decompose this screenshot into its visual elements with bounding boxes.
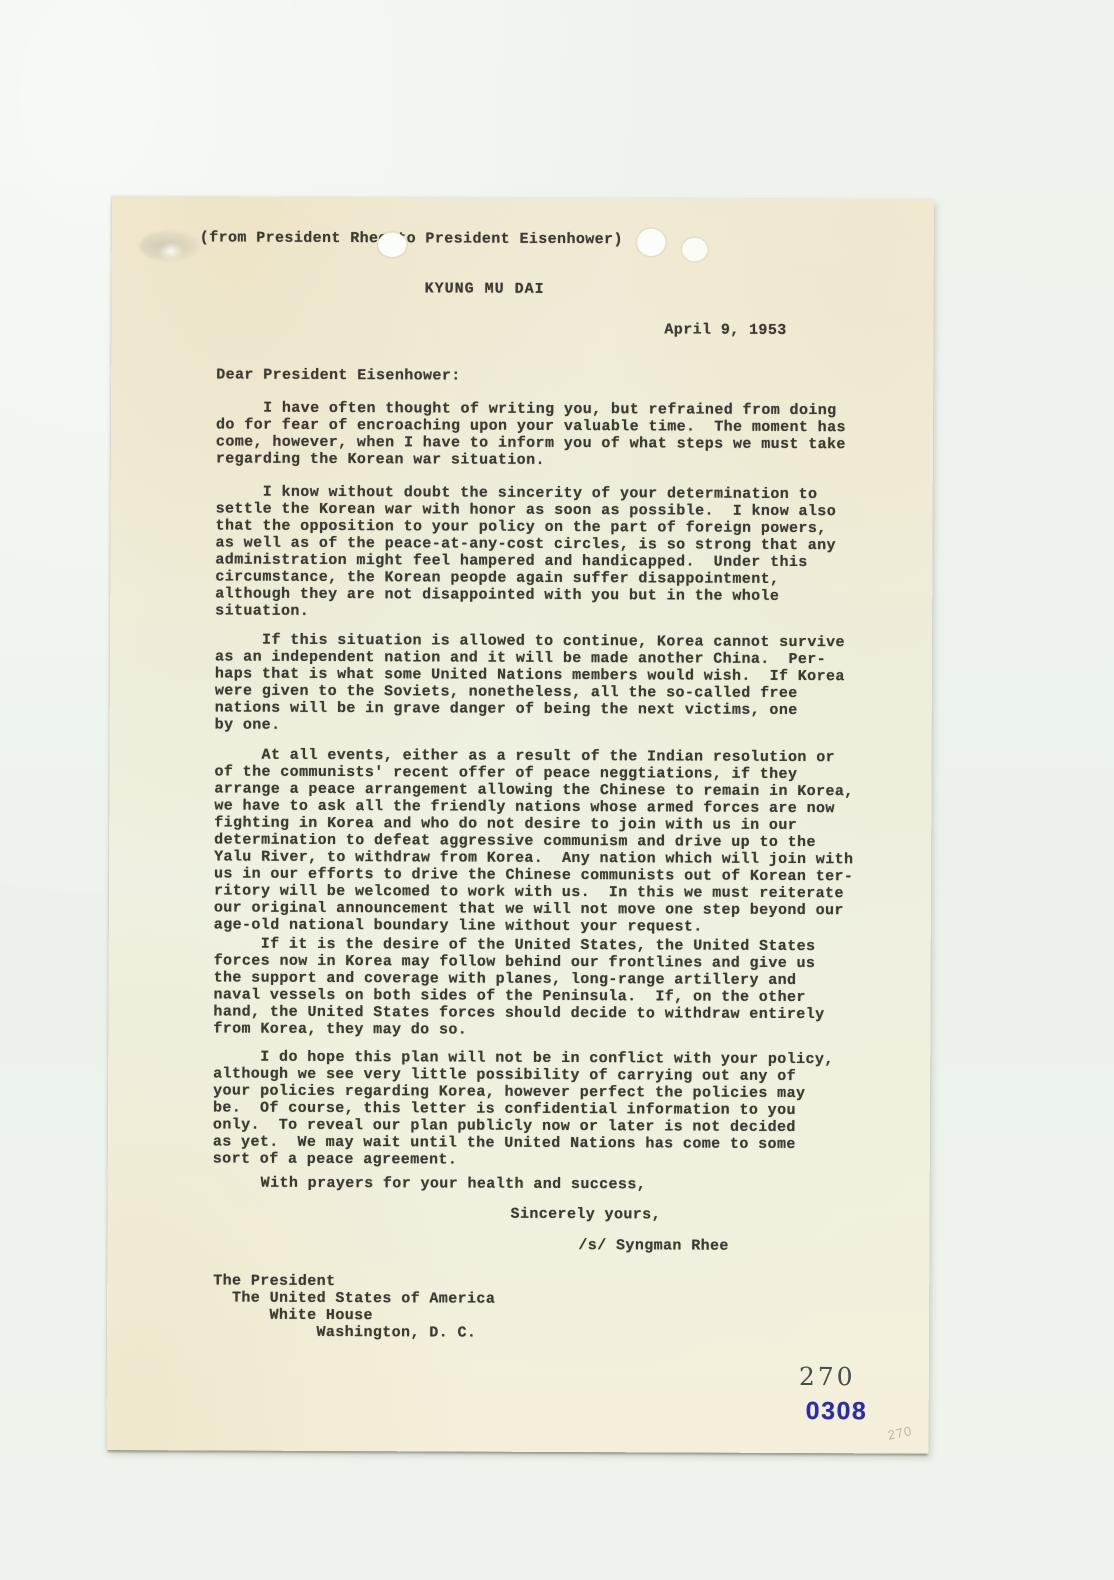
- page-number-stamp: 270: [799, 1362, 856, 1391]
- letterhead-title: KYUNG MU DAI: [425, 280, 545, 298]
- recipient-address: The President The United States of Ameri…: [213, 1272, 495, 1341]
- punch-hole-b: [682, 237, 708, 261]
- signature-line: /s/ Syngman Rhee: [578, 1237, 729, 1255]
- body-paragraph: If it is the desire of the United States…: [213, 935, 825, 1040]
- punch-hole-over-text: [378, 232, 407, 257]
- punch-hole-a: [637, 228, 666, 256]
- valediction: Sincerely yours,: [511, 1206, 662, 1224]
- erased-spot: [158, 242, 184, 260]
- body-paragraph: I know without doubt the sincerity of yo…: [215, 483, 836, 622]
- body-paragraph: If this situation is allowed to continue…: [215, 631, 845, 736]
- date-line: April 9, 1953: [664, 321, 786, 339]
- body-paragraph: I have often thought of writing you, but…: [216, 399, 846, 470]
- archive-number-stamp: 0308: [806, 1397, 868, 1426]
- scan-background: (from President Rhee to President Eisenh…: [0, 0, 1114, 1580]
- letter-paper: (from President Rhee to President Eisenh…: [107, 196, 934, 1454]
- salutation: Dear President Eisenhower:: [216, 366, 461, 384]
- typed-annotation: (from President Rhee to President Eisenh…: [200, 229, 623, 248]
- body-paragraph: I do hope this plan will not be in confl…: [213, 1048, 834, 1170]
- closing-line: With prayers for your health and success…: [261, 1175, 647, 1194]
- faint-pencil-stamp: 270: [886, 1423, 913, 1443]
- body-paragraph: At all events, either as a result of the…: [214, 746, 854, 936]
